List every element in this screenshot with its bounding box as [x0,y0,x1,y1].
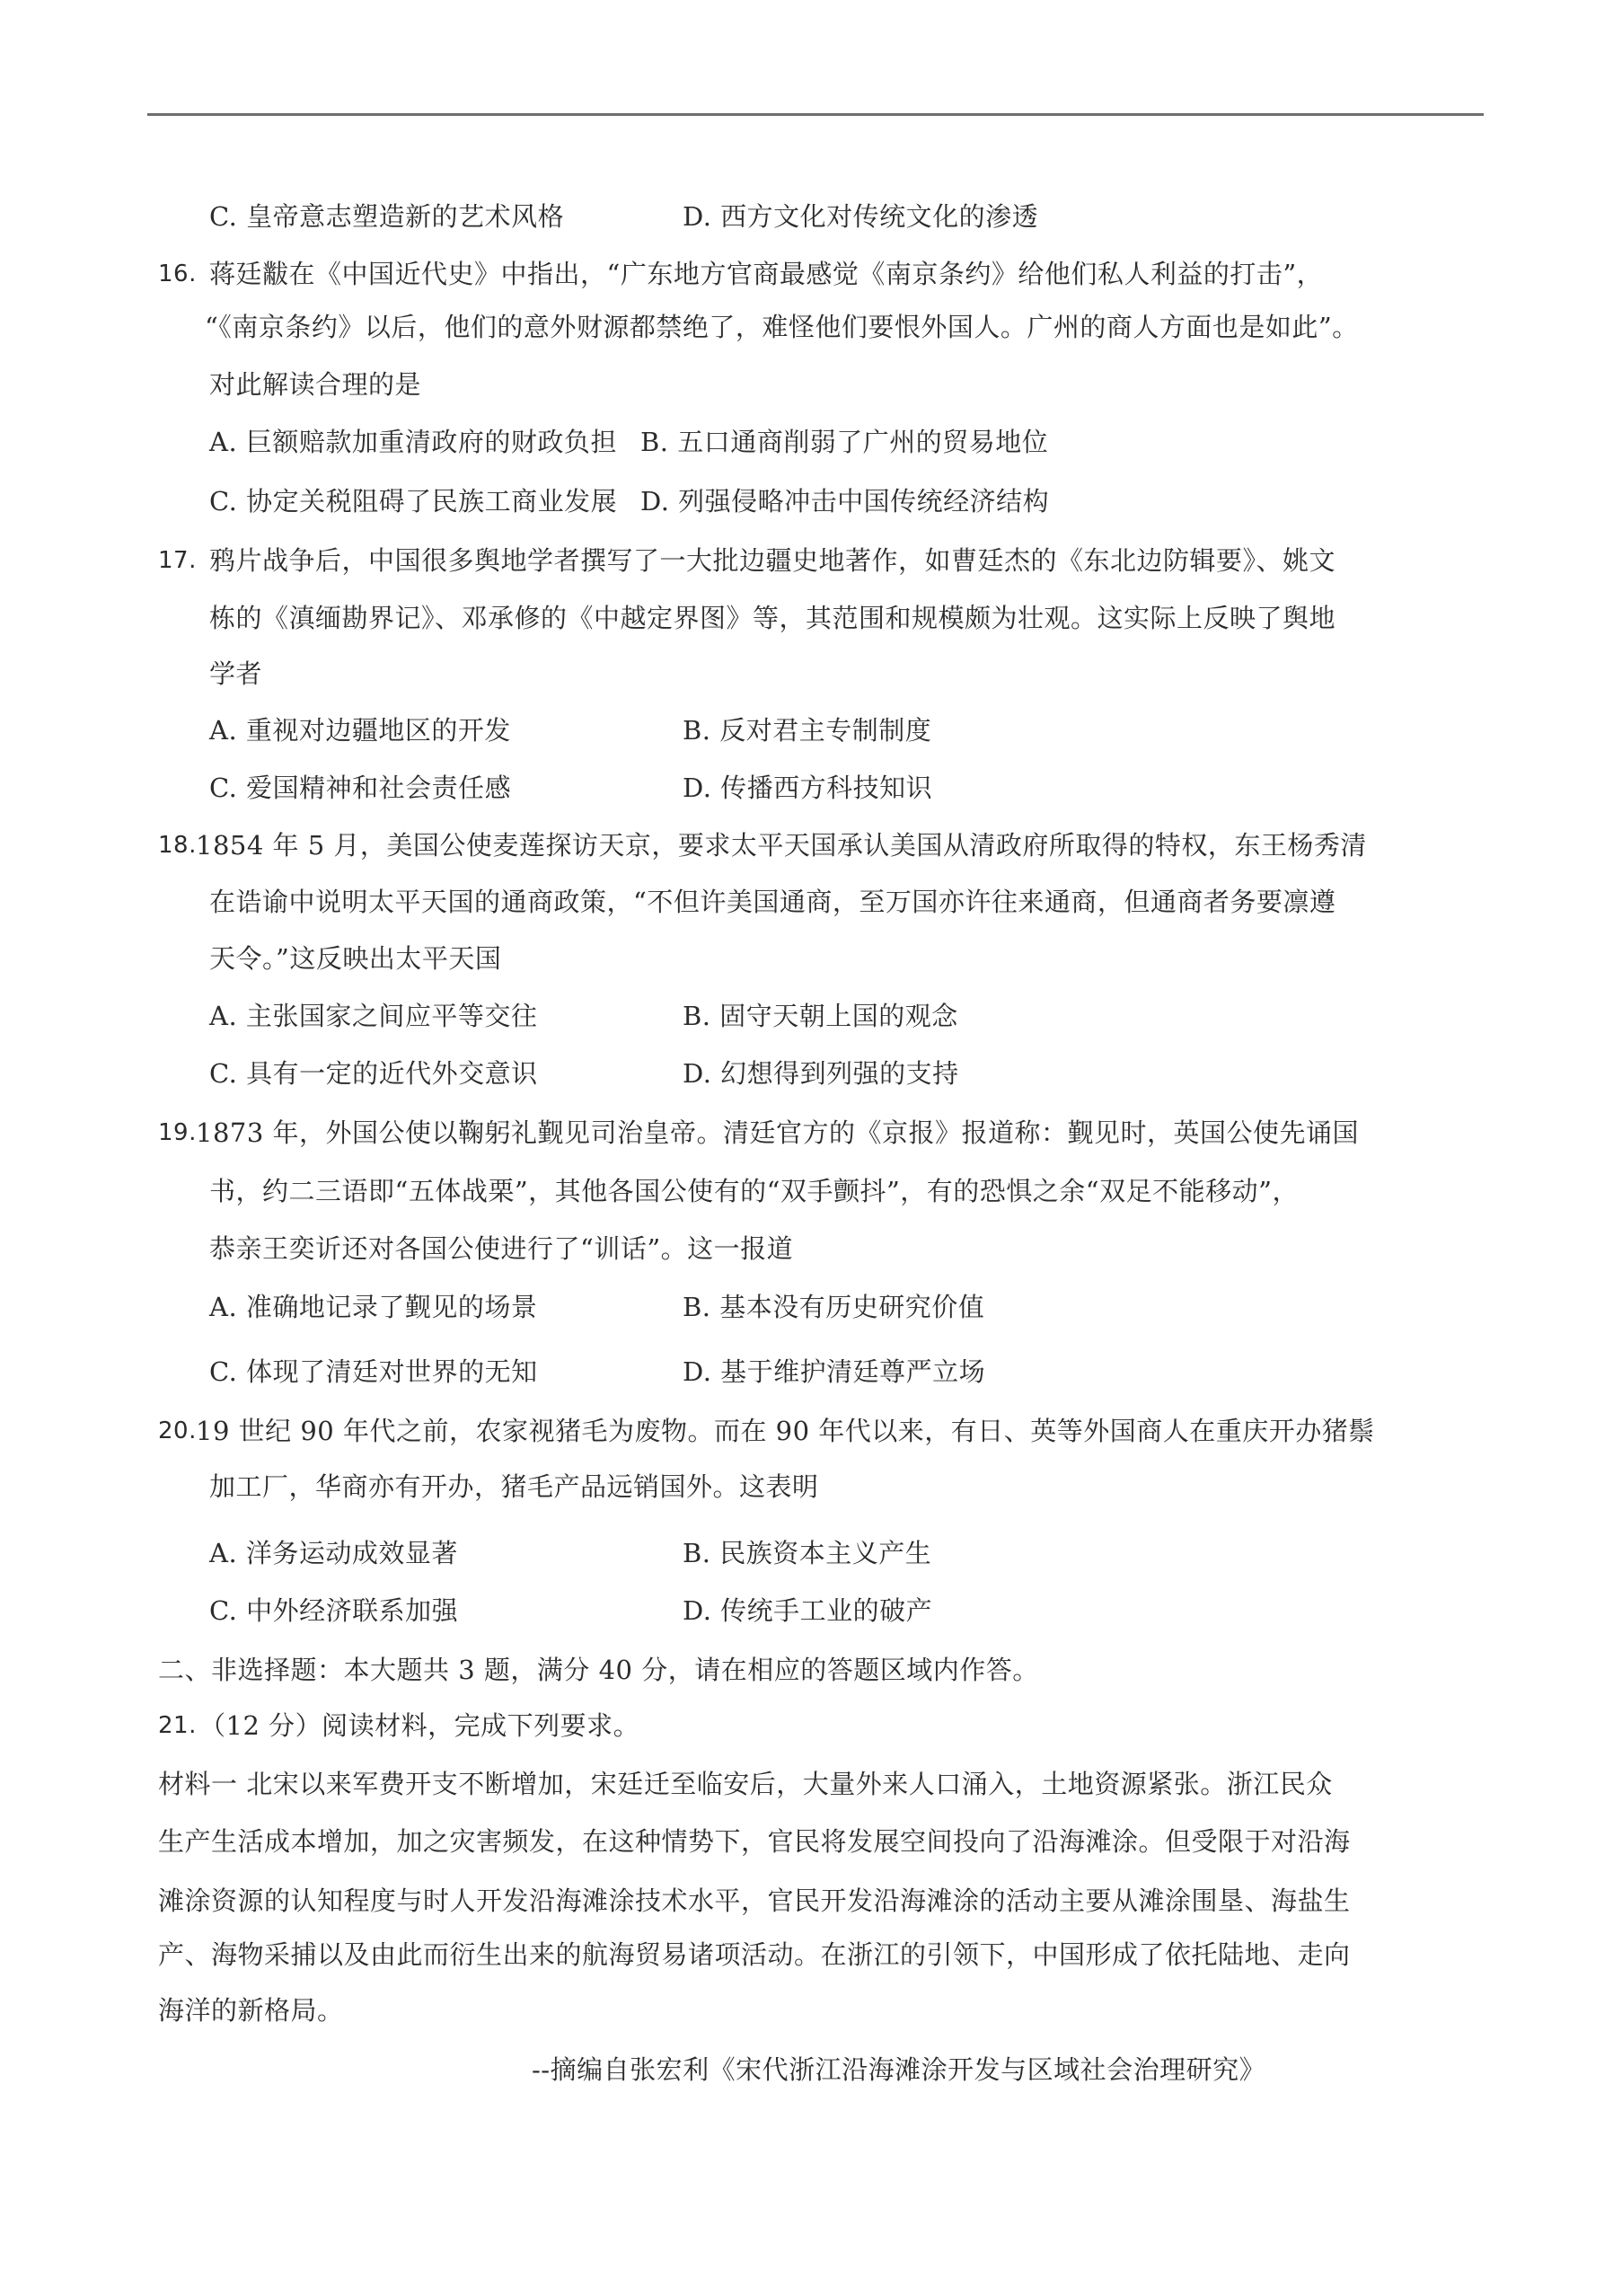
question-number: 21. [158,1708,197,1744]
question-stem-line: 蒋廷黻在《中国近代史》中指出，“广东地方官商最感觉《南京条约》给他们私人利益的打… [209,256,1323,292]
question-stem-line: 对此解读合理的是 [209,366,421,402]
question-stem-line: 恭亲王奕䜣还对各国公使进行了“训话”。这一报道 [209,1231,793,1267]
option-d: D. 基于维护清廷尊严立场 [683,1354,985,1390]
option-d: D. 传播西方科技知识 [683,770,932,806]
option-d: D. 西方文化对传统文化的渗透 [683,199,1038,234]
option-c: C. 中外经济联系加强 [209,1593,458,1629]
question-stem-line: 鸦片战争后，中国很多舆地学者撰写了一大批边疆史地著作，如曹廷杰的《东北边防辑要》… [209,543,1336,578]
question-stem-line: 天令。”这反映出太平天国 [209,940,501,976]
question-stem-line: 1854 年 5 月，美国公使麦莲探访天京，要求太平天国承认美国从清政府所取得的… [196,827,1367,863]
question-stem-line: 19 世纪 90 年代之前，农家视猪毛为废物。而在 90 年代以来，有日、英等外… [196,1413,1375,1449]
option-b: B. 固守天朝上国的观念 [683,998,958,1034]
option-a: A. 准确地记录了觐见的场景 [209,1289,537,1325]
option-a: A. 巨额赔款加重清政府的财政负担 [209,424,617,460]
question-number: 18. [158,827,197,863]
option-a: A. 主张国家之间应平等交往 [209,998,537,1034]
section-heading: 二、非选择题：本大题共 3 题，满分 40 分，请在相应的答题区域内作答。 [158,1652,1039,1688]
option-b: B. 民族资本主义产生 [683,1535,931,1571]
option-a: A. 洋务运动成效显著 [209,1535,458,1571]
question-number: 17. [158,543,197,578]
question-number: 16. [158,256,197,292]
option-c: C. 协定关税阻碍了民族工商业发展 [209,483,617,519]
option-c: C. 具有一定的近代外交意识 [209,1055,538,1091]
question-stem-line: 学者 [209,656,262,692]
option-b: B. 五口通商削弱了广州的贸易地位 [640,424,1048,460]
question-stem-line: 书，约二三语即“五体战栗”，其他各国公使有的“双手颤抖”，有的恐惧之余“双足不能… [209,1173,1299,1209]
option-c: C. 皇帝意志塑造新的艺术风格 [209,199,564,234]
option-d: D. 幻想得到列强的支持 [683,1055,959,1091]
question-prompt: （12 分）阅读材料，完成下列要求。 [199,1708,639,1744]
option-c: C. 爱国精神和社会责任感 [209,770,511,806]
option-d: D. 列强侵略冲击中国传统经济结构 [640,483,1049,519]
question-stem-line: 在诰谕中说明太平天国的通商政策，“不但许美国通商，至万国亦许往来通商，但通商者务… [209,884,1336,920]
option-c: C. 体现了清廷对世界的无知 [209,1354,538,1390]
question-number: 20. [158,1413,197,1449]
option-d: D. 传统手工业的破产 [683,1593,932,1629]
material-line: 生产生活成本增加，加之灾害频发，在这种情势下，官民将发展空间投向了沿海滩涂。但受… [158,1824,1351,1859]
question-stem-line: 栋的《滇缅勘界记》、邓承修的《中越定界图》等，其范围和规模颇为壮观。这实际上反映… [209,600,1336,636]
option-b: B. 反对君主专制制度 [683,712,931,748]
question-stem-line: “《南京条约》以后，他们的意外财源都禁绝了，难怪他们要恨外国人。广州的商人方面也… [205,309,1359,345]
material-line: 滩涂资源的认知程度与时人开发沿海滩涂技术水平，官民开发沿海滩涂的活动主要从滩涂围… [158,1883,1351,1919]
material-line: 海洋的新格局。 [158,1992,344,2028]
question-number: 19. [158,1115,197,1151]
question-stem-line: 1873 年，外国公使以鞠躬礼觐见司治皇帝。清廷官方的《京报》报道称：觐见时，英… [196,1115,1359,1151]
option-a: A. 重视对边疆地区的开发 [209,712,511,748]
material-source: --摘编自张宏利《宋代浙江沿海滩涂开发与区域社会治理研究》 [532,2052,1265,2088]
material-line: 产、海物采捕以及由此而衍生出来的航海贸易诸项活动。在浙江的引领下，中国形成了依托… [158,1937,1351,1973]
question-stem-line: 加工厂，华商亦有开办，猪毛产品远销国外。这表明 [209,1469,819,1505]
material-line: 材料一 北宋以来军费开支不断增加，宋廷迁至临安后，大量外来人口涌入，土地资源紧张… [158,1766,1333,1802]
header-rule [147,113,1484,116]
option-b: B. 基本没有历史研究价值 [683,1289,984,1325]
